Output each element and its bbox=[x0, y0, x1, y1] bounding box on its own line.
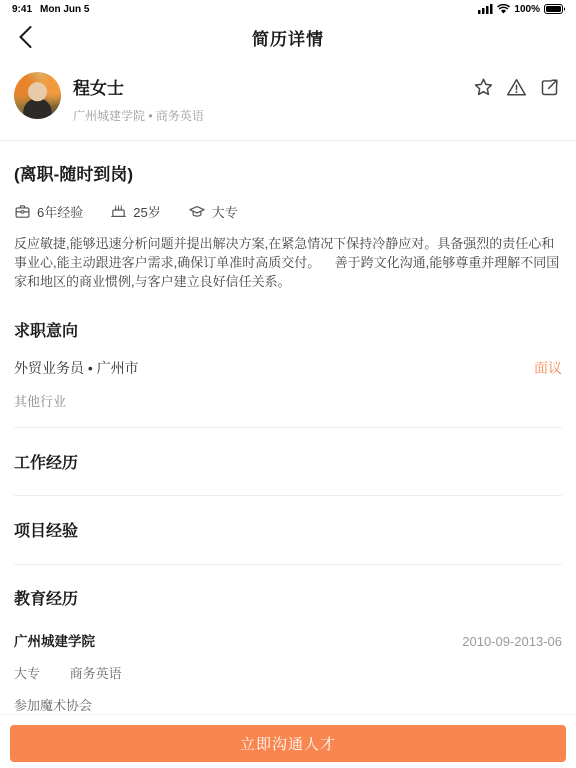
stat-education-label: 大专 bbox=[212, 202, 238, 221]
briefcase-icon bbox=[14, 203, 31, 220]
section-divider bbox=[14, 495, 562, 496]
share-icon bbox=[539, 77, 560, 98]
education-period: 2010-09-2013-06 bbox=[462, 634, 562, 649]
candidate-name: 程女士 bbox=[73, 74, 472, 99]
status-date: Mon Jun 5 bbox=[40, 4, 89, 15]
battery-percent: 100% bbox=[514, 4, 540, 15]
section-title-project-experience: 项目经验 bbox=[14, 518, 562, 541]
wifi-icon bbox=[497, 4, 510, 14]
candidate-school-major: 广州城建学院 • 商务英语 bbox=[73, 107, 472, 124]
resume-detail-screen: 9:41 Mon Jun 5 100% 简历详情 程女士 广州城建学院 • 商务… bbox=[0, 0, 576, 768]
back-button[interactable] bbox=[10, 22, 40, 52]
status-time: 9:41 bbox=[12, 4, 32, 15]
chevron-left-icon bbox=[19, 26, 32, 48]
stat-education: 大专 bbox=[188, 202, 238, 221]
stat-experience: 6年经验 bbox=[14, 202, 83, 221]
page-title: 简历详情 bbox=[252, 25, 324, 50]
section-divider bbox=[14, 427, 562, 428]
section-title-education: 教育经历 bbox=[14, 586, 562, 609]
star-icon bbox=[473, 77, 494, 98]
self-description: 反应敏捷,能够迅速分析问题并提出解决方案,在紧急情况下保持冷静应对。具备强烈的责… bbox=[14, 234, 562, 291]
nav-bar: 简历详情 bbox=[0, 16, 576, 58]
education-major: 商务英语 bbox=[70, 666, 122, 681]
section-divider bbox=[14, 564, 562, 565]
warning-icon bbox=[506, 77, 527, 98]
report-button[interactable] bbox=[505, 76, 527, 98]
intended-industry: 其他行业 bbox=[14, 391, 562, 410]
job-intention-row[interactable]: 外贸业务员 • 广州市 面议 bbox=[14, 358, 562, 378]
education-activity: 参加魔术协会 bbox=[14, 695, 562, 714]
bottom-action-bar: 立即沟通人才 bbox=[0, 714, 576, 768]
cellular-signal-icon bbox=[478, 4, 493, 14]
avatar[interactable] bbox=[14, 72, 61, 119]
education-entry: 广州城建学院 2010-09-2013-06 bbox=[14, 630, 562, 650]
education-degree-major: 大专 商务英语 bbox=[14, 663, 562, 682]
profile-divider bbox=[0, 140, 576, 141]
intended-position: 外贸业务员 • 广州市 bbox=[14, 358, 139, 378]
cake-icon bbox=[110, 203, 127, 220]
battery-icon bbox=[544, 4, 566, 14]
graduation-cap-icon bbox=[188, 203, 206, 220]
salary-negotiable-label: 面议 bbox=[534, 358, 562, 378]
education-school: 广州城建学院 bbox=[14, 630, 95, 650]
stat-age: 25岁 bbox=[110, 202, 160, 221]
stats-row: 6年经验 25岁 大专 bbox=[14, 202, 562, 221]
contact-talent-button[interactable]: 立即沟通人才 bbox=[10, 725, 566, 762]
stat-age-label: 25岁 bbox=[133, 202, 160, 221]
profile-header: 程女士 广州城建学院 • 商务英语 bbox=[0, 58, 576, 140]
availability-status: (离职-随时到岗) bbox=[14, 160, 562, 185]
education-degree: 大专 bbox=[14, 666, 40, 681]
favorite-button[interactable] bbox=[472, 76, 494, 98]
share-button[interactable] bbox=[538, 76, 560, 98]
section-title-work-experience: 工作经历 bbox=[14, 450, 562, 473]
section-title-job-intention: 求职意向 bbox=[14, 318, 562, 341]
stat-experience-label: 6年经验 bbox=[37, 202, 83, 221]
status-bar: 9:41 Mon Jun 5 100% bbox=[0, 0, 576, 16]
